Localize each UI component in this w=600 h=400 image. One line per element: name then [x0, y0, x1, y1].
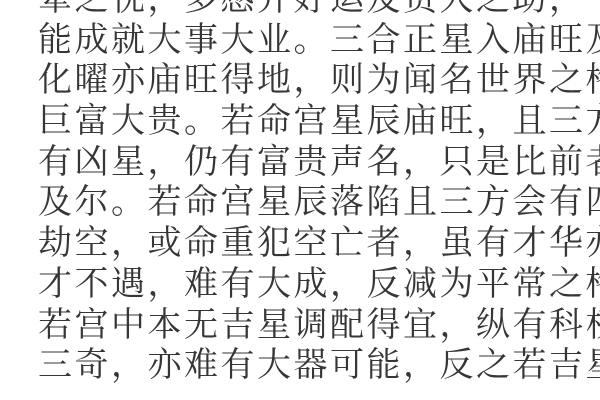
- article-body: 辈之忧，多感并好运及贵人之助，一生 能成就大事大业。三合正星入庙旺及三 化曜亦庙…: [38, 0, 568, 386]
- text-line: 有凶星，仍有富贵声名，只是比前者不: [38, 142, 568, 183]
- text-line: 化曜亦庙旺得地，则为闻名世界之格，: [38, 60, 568, 101]
- text-line: 辈之忧，多感并好运及贵人之助，一生: [38, 0, 568, 20]
- text-line: 及尔。若命宫星辰落陷且三方会有四煞: [38, 182, 568, 223]
- text-line: 才不遇，难有大成，反减为平常之格。: [38, 264, 568, 305]
- text-line: 劫空，或命重犯空亡者，虽有才华亦怀: [38, 223, 568, 264]
- document-page: 辈之忧，多感并好运及贵人之助，一生 能成就大事大业。三合正星入庙旺及三 化曜亦庙…: [0, 0, 600, 400]
- text-line: 能成就大事大业。三合正星入庙旺及三: [38, 20, 568, 61]
- text-line: 巨富大贵。若命宫星辰庙旺，且三方会: [38, 101, 568, 142]
- text-line: 三奇，亦难有大器可能，反之若吉星配: [38, 345, 568, 386]
- text-line: 若宫中本无吉星调配得宜，纵有科权禄: [38, 305, 568, 346]
